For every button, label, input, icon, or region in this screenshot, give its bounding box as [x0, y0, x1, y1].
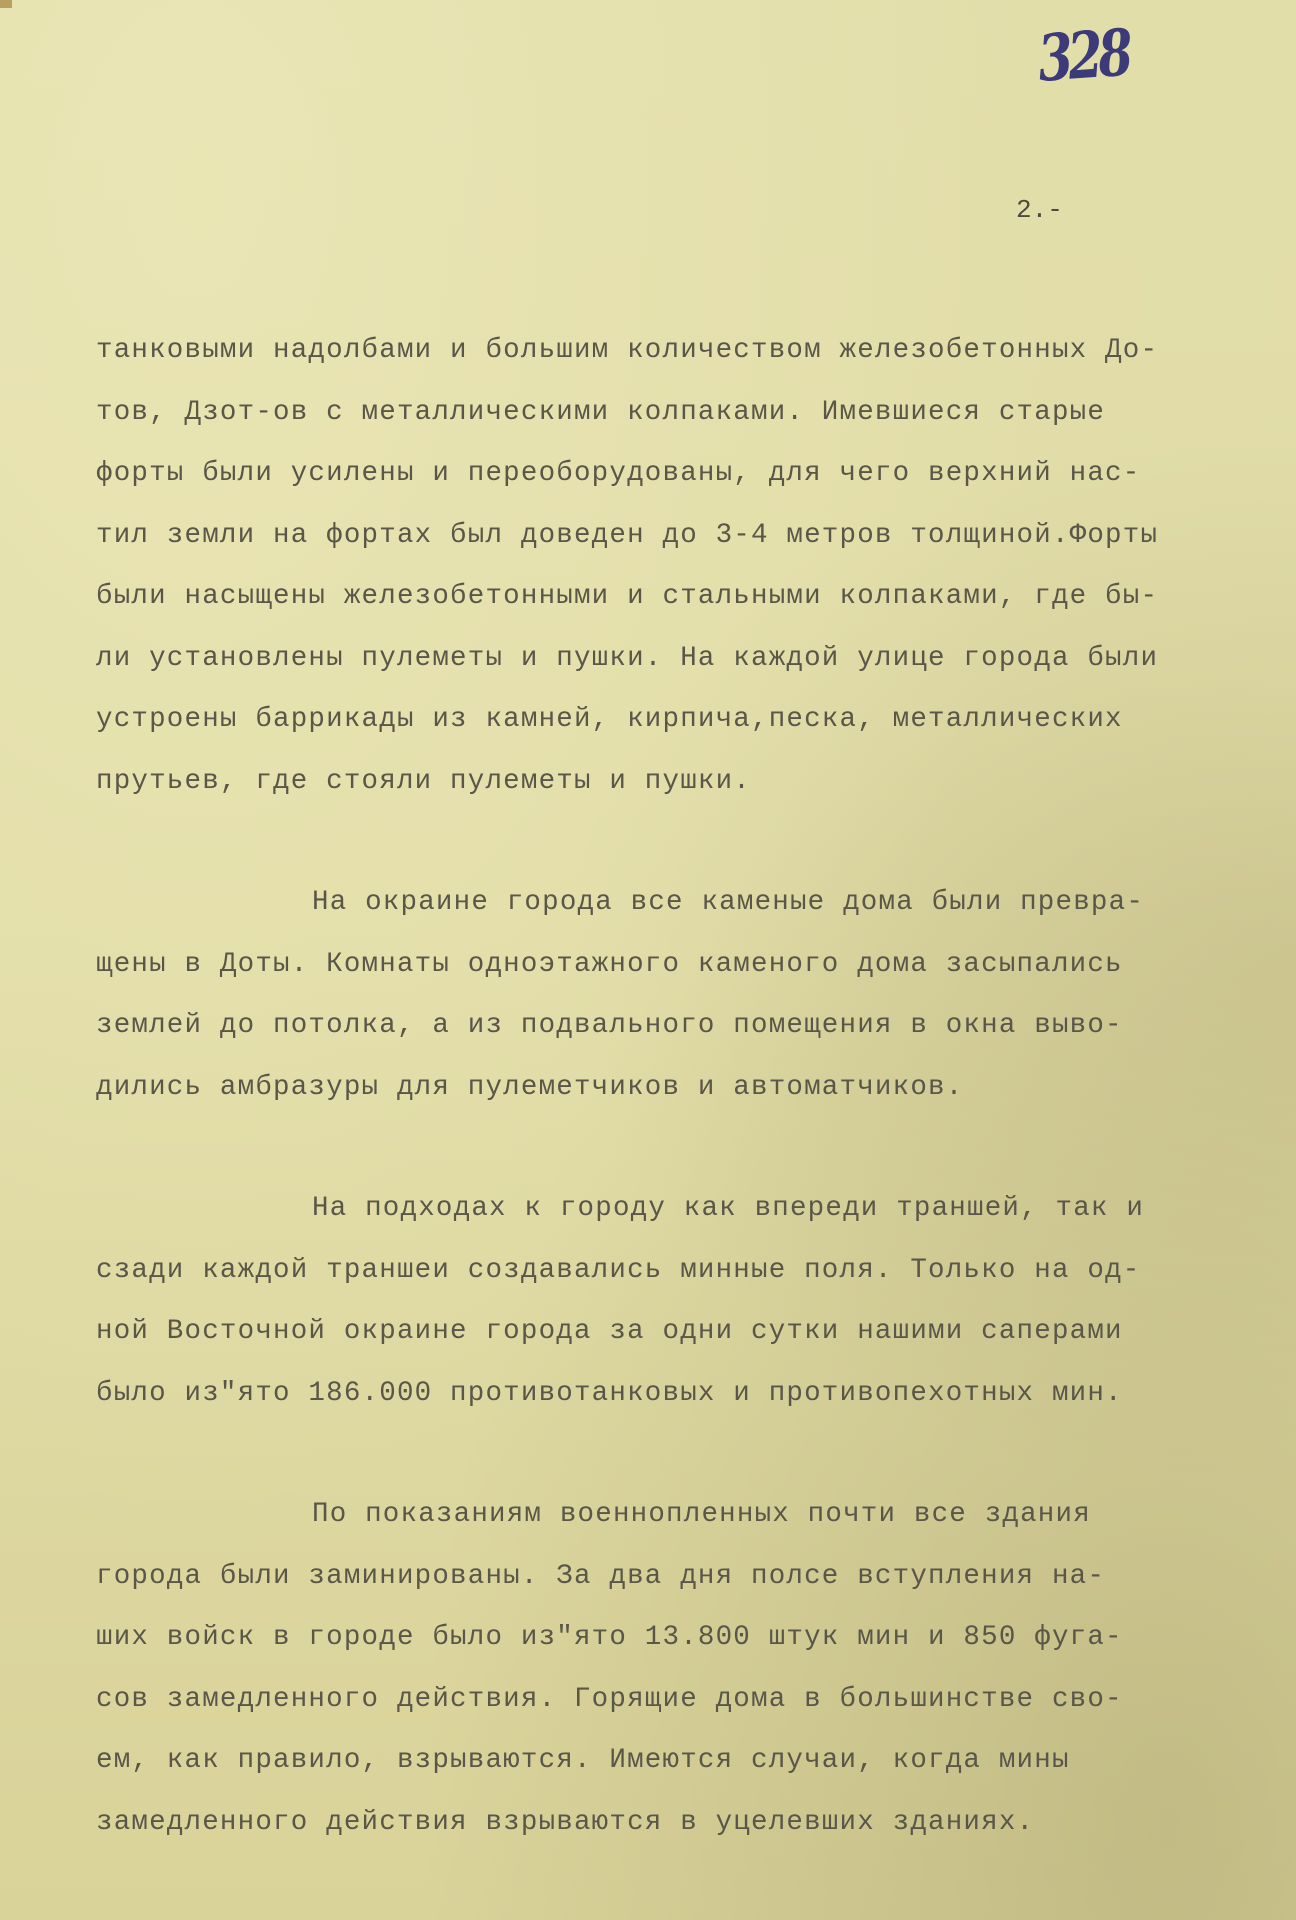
text-line: форты были усилены и переоборудованы, дл… — [96, 443, 1276, 505]
text-line: танковыми надолбами и большим количество… — [96, 320, 1276, 382]
text-line: землей до потолка, а из подвального поме… — [96, 995, 1276, 1057]
document-body: танковыми надолбами и большим количество… — [96, 320, 1276, 1853]
paper-corner-tab — [0, 0, 12, 8]
text-line: устроены баррикады из камней, кирпича,пе… — [96, 689, 1276, 751]
paragraph-gap — [96, 1118, 1276, 1178]
handwritten-folio-number: 328 — [1036, 22, 1130, 92]
text-line: По показаниям военнопленных почти все зд… — [96, 1484, 1276, 1546]
text-line: На подходах к городу как впереди траншей… — [96, 1178, 1276, 1240]
text-line: сзади каждой траншеи создавались минные … — [96, 1240, 1276, 1302]
text-line: щены в Доты. Комнаты одноэтажного камено… — [96, 934, 1276, 996]
paragraph-2: На окраине города все каменые дома были … — [96, 872, 1276, 1118]
text-line: было из"ято 186.000 противотанковых и пр… — [96, 1363, 1276, 1425]
text-line: были насыщены железобетонными и стальным… — [96, 566, 1276, 628]
page-number: 2.- — [1016, 195, 1063, 225]
text-line: сов замедленного действия. Горящие дома … — [96, 1669, 1276, 1731]
text-line: ли установлены пулеметы и пушки. На кажд… — [96, 628, 1276, 690]
text-line: дились амбразуры для пулеметчиков и авто… — [96, 1057, 1276, 1119]
paragraph-3: На подходах к городу как впереди траншей… — [96, 1178, 1276, 1424]
text-line: ших войск в городе было из"ято 13.800 шт… — [96, 1607, 1276, 1669]
paragraph-4: По показаниям военнопленных почти все зд… — [96, 1484, 1276, 1853]
text-line: тил земли на фортах был доведен до 3-4 м… — [96, 505, 1276, 567]
text-line: ной Восточной окраине города за одни сут… — [96, 1301, 1276, 1363]
text-line: тов, Дзот-ов с металлическими колпаками.… — [96, 382, 1276, 444]
paragraph-gap — [96, 812, 1276, 872]
text-line: замедленного действия взрываются в уцеле… — [96, 1792, 1276, 1854]
text-line: На окраине города все каменые дома были … — [96, 872, 1276, 934]
paragraph-1: танковыми надолбами и большим количество… — [96, 320, 1276, 812]
text-line: ем, как правило, взрываются. Имеются слу… — [96, 1730, 1276, 1792]
text-line: прутьев, где стояли пулеметы и пушки. — [96, 751, 1276, 813]
text-line: города были заминированы. За два дня пол… — [96, 1546, 1276, 1608]
paragraph-gap — [96, 1424, 1276, 1484]
